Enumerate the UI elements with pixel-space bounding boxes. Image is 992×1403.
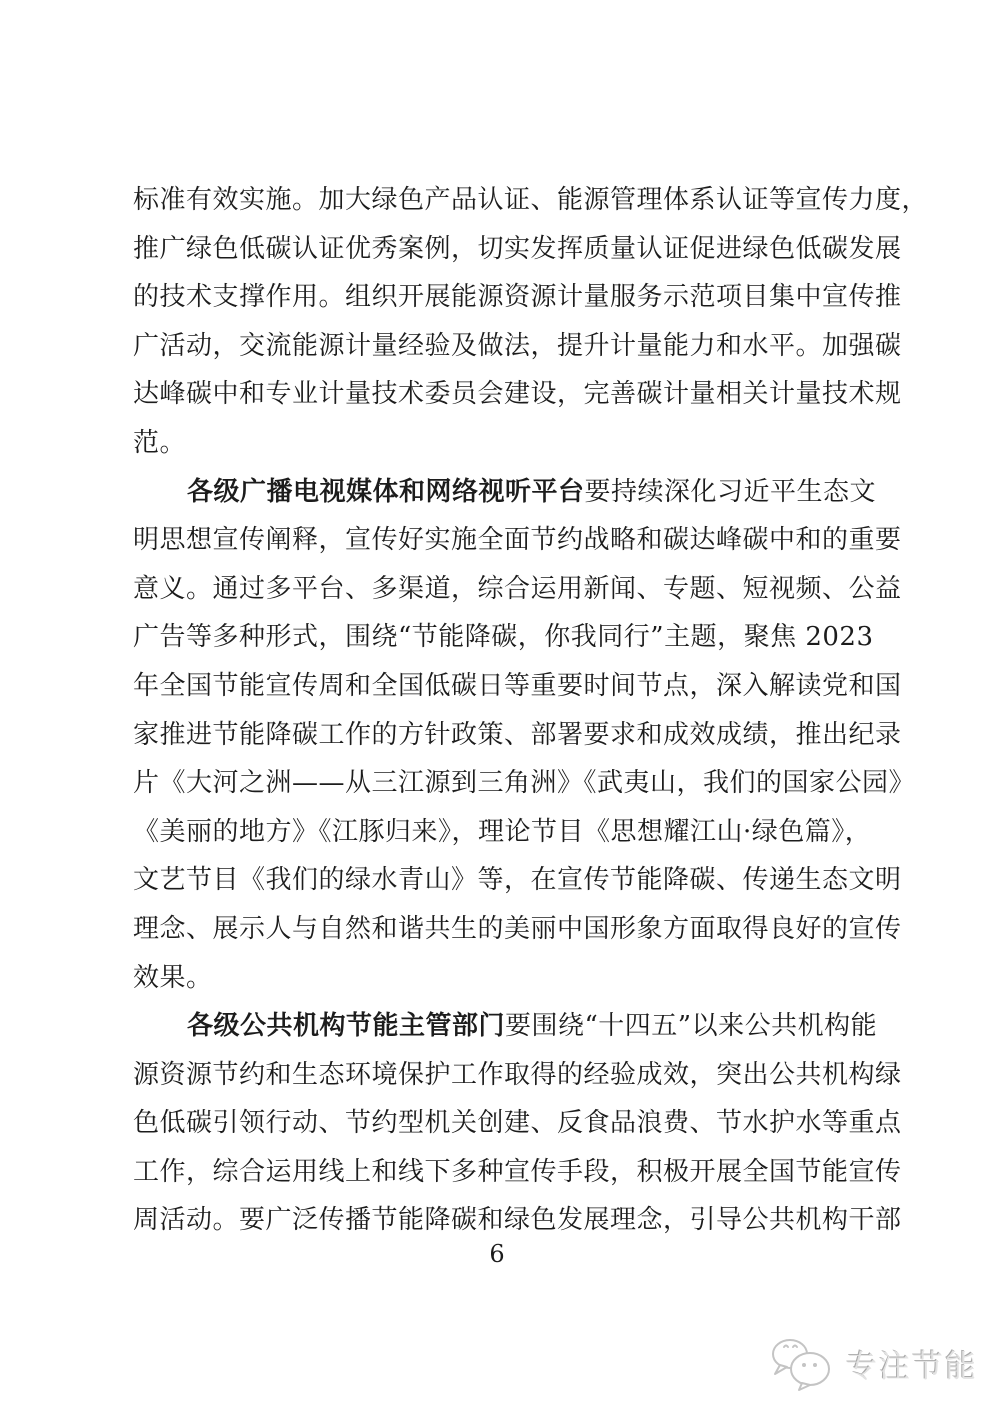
text-line: 达峰碳中和专业计量技术委员会建设，完善碳计量相关计量技术规 [133,370,861,419]
page-number: 6 [133,1240,861,1268]
text-line: 年全国节能宣传周和全国低碳日等重要时间节点，深入解读党和国 [133,662,861,711]
bold-lead-in: 各级广播电视媒体和网络视听平台 [187,477,585,507]
document-page: 标准有效实施。加大绿色产品认证、能源管理体系认证等宣传力度，推广绿色低碳认证优秀… [0,0,992,1403]
text-line: 广活动，交流能源计量经验及做法，提升计量能力和水平。加强碳 [133,322,861,371]
text-line: 工作，综合运用线上和线下多种宣传手段，积极开展全国节能宣传 [133,1148,861,1197]
text-line: 标准有效实施。加大绿色产品认证、能源管理体系认证等宣传力度， [133,176,861,225]
text-line: 文艺节目《我们的绿水青山》等，在宣传节能降碳、传递生态文明 [133,856,861,905]
text-line: 范。 [133,419,861,468]
text-line: 周活动。要广泛传播节能降碳和绿色发展理念，引导公共机构干部 [133,1196,861,1245]
text-line: 推广绿色低碳认证优秀案例，切实发挥质量认证促进绿色低碳发展 [133,225,861,274]
text-line: 色低碳引领行动、节约型机关创建、反食品浪费、节水护水等重点 [133,1099,861,1148]
text-line: 家推进节能降碳工作的方针政策、部署要求和成效成绩，推出纪录 [133,711,861,760]
text-line: 广告等多种形式，围绕“节能降碳，你我同行”主题，聚焦 2023 [133,613,861,662]
text-line: 明思想宣传阐释，宣传好实施全面节约战略和碳达峰碳中和的重要 [133,516,861,565]
text-line: 效果。 [133,954,861,1003]
document-body: 标准有效实施。加大绿色产品认证、能源管理体系认证等宣传力度，推广绿色低碳认证优秀… [133,176,861,1245]
text-line: 各级公共机构节能主管部门要围绕“十四五”以来公共机构能 [133,1002,861,1051]
wechat-icon [768,1333,836,1393]
text-line: 片《大河之洲——从三江源到三角洲》《武夷山，我们的国家公园》 [133,759,861,808]
text-line: 的技术支撑作用。组织开展能源资源计量服务示范项目集中宣传推 [133,273,861,322]
text-line: 意义。通过多平台、多渠道，综合运用新闻、专题、短视频、公益 [133,565,861,614]
text-line: 《美丽的地方》《江豚归来》，理论节目《思想耀江山·绿色篇》， [133,808,861,857]
watermark-label: 专注节能 [846,1341,978,1386]
text-line: 理念、展示人与自然和谐共生的美丽中国形象方面取得良好的宣传 [133,905,861,954]
text-line: 各级广播电视媒体和网络视听平台要持续深化习近平生态文 [133,468,861,517]
bold-lead-in: 各级公共机构节能主管部门 [187,1011,505,1041]
text-line: 源资源节约和生态环境保护工作取得的经验成效，突出公共机构绿 [133,1051,861,1100]
wechat-watermark: 专注节能 [768,1333,978,1393]
